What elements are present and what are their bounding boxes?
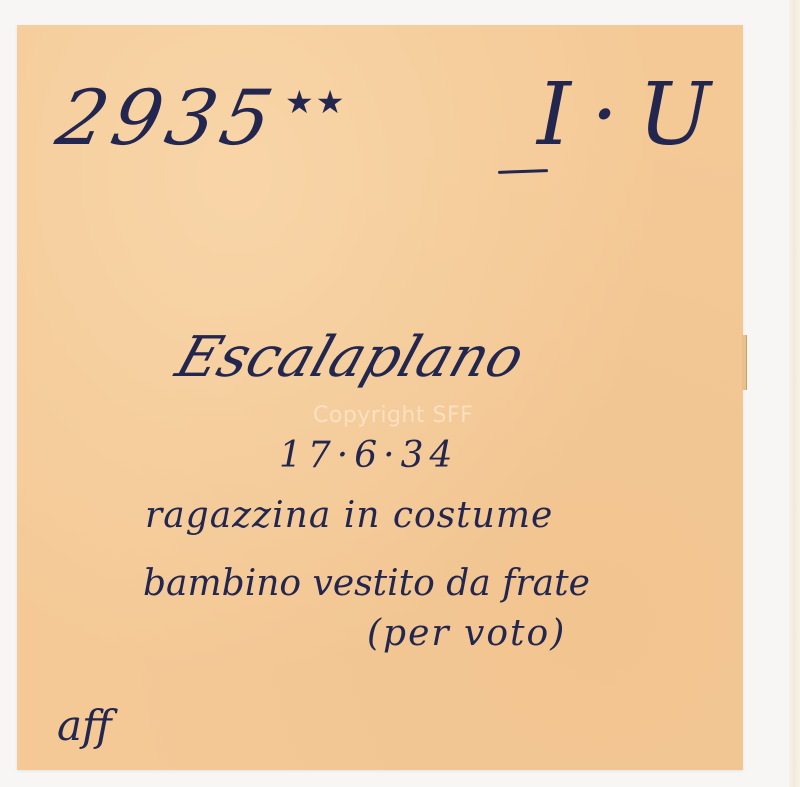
label-card: 2935 ★★ I·U Escalaplano Copyright SFF 17… bbox=[17, 25, 743, 770]
accession-number: 2935 bbox=[50, 73, 286, 162]
description-line-3: (per voto) bbox=[367, 613, 566, 654]
description-line-1: ragazzina in costume bbox=[145, 495, 553, 536]
code-underline bbox=[498, 169, 548, 174]
date: 17·6·34 bbox=[279, 435, 458, 476]
initials: aff bbox=[57, 701, 112, 750]
scanner-edge-strip bbox=[789, 0, 800, 787]
star-marks: ★★ bbox=[285, 83, 346, 121]
copyright-watermark: Copyright SFF bbox=[313, 403, 473, 428]
place-name: Escalaplano bbox=[168, 325, 532, 390]
classification-code: I·U bbox=[537, 65, 731, 165]
description-line-2: bambino vestito da frate bbox=[143, 563, 590, 604]
